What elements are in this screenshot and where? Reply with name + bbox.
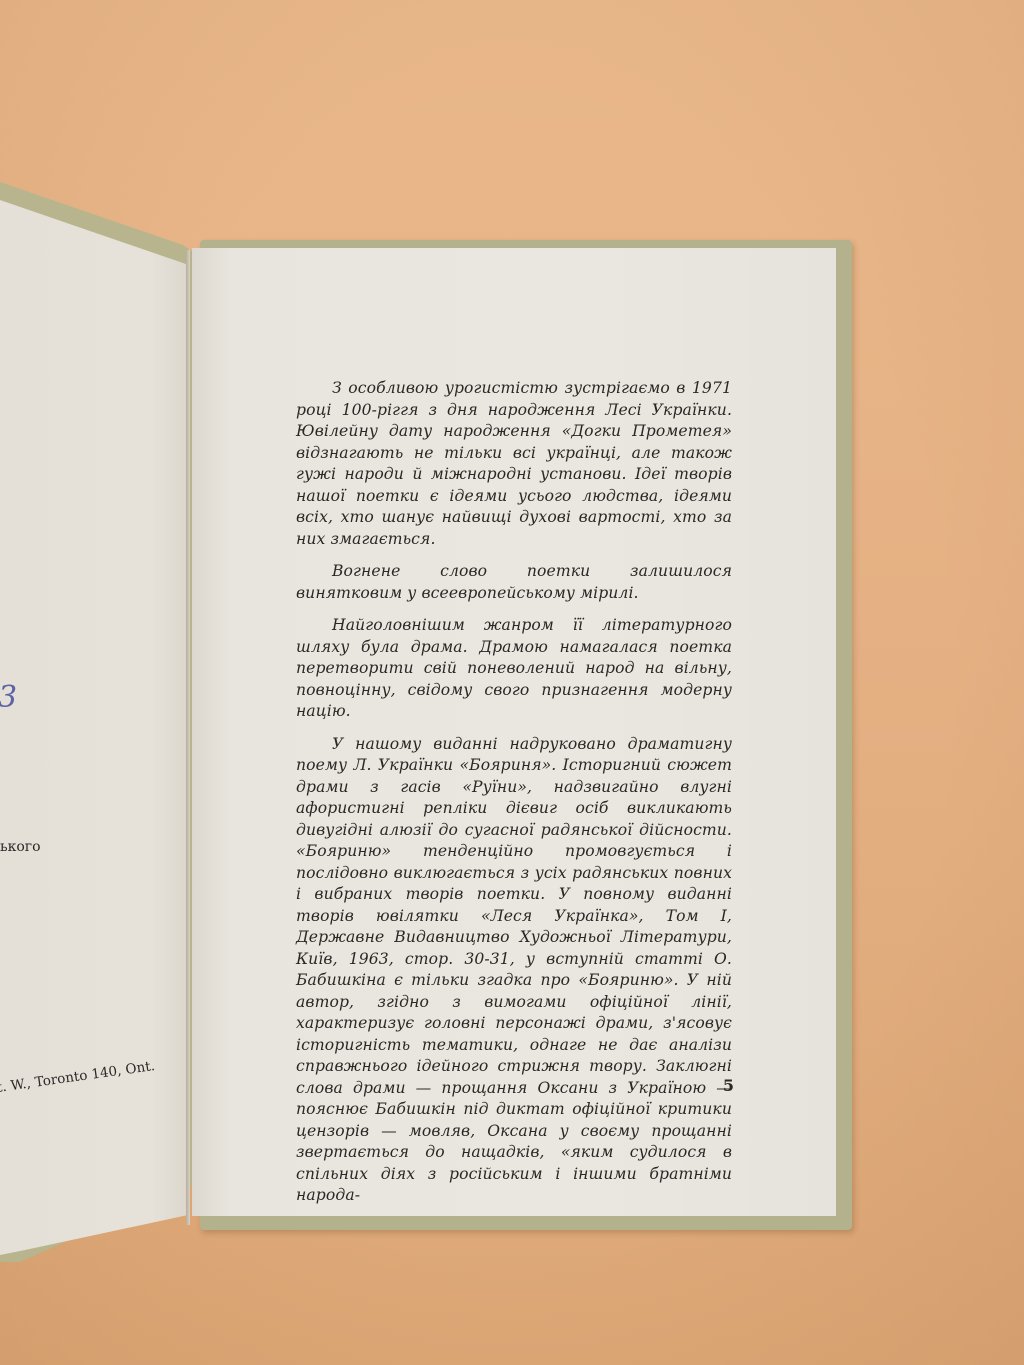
left-page: 3 ького xyxy=(0,200,188,1280)
book-gutter xyxy=(186,250,190,1225)
paragraph-3: Найголовнішим жанром її літературного шл… xyxy=(296,615,732,723)
handwritten-mark: 3 xyxy=(0,680,17,715)
paragraph-2: Вогнене слово поетки залишилося винятков… xyxy=(296,561,732,604)
body-text: З особливою урогистістю зустрігаємо в 19… xyxy=(296,378,732,1218)
paragraph-1: З особливою урогистістю зустрігаємо в 19… xyxy=(296,378,732,550)
paragraph-4: У нашому виданні надруковано драматигну … xyxy=(296,734,732,1207)
page-number: 5 xyxy=(694,1076,734,1095)
left-page-text-fragment: ького xyxy=(0,839,41,855)
